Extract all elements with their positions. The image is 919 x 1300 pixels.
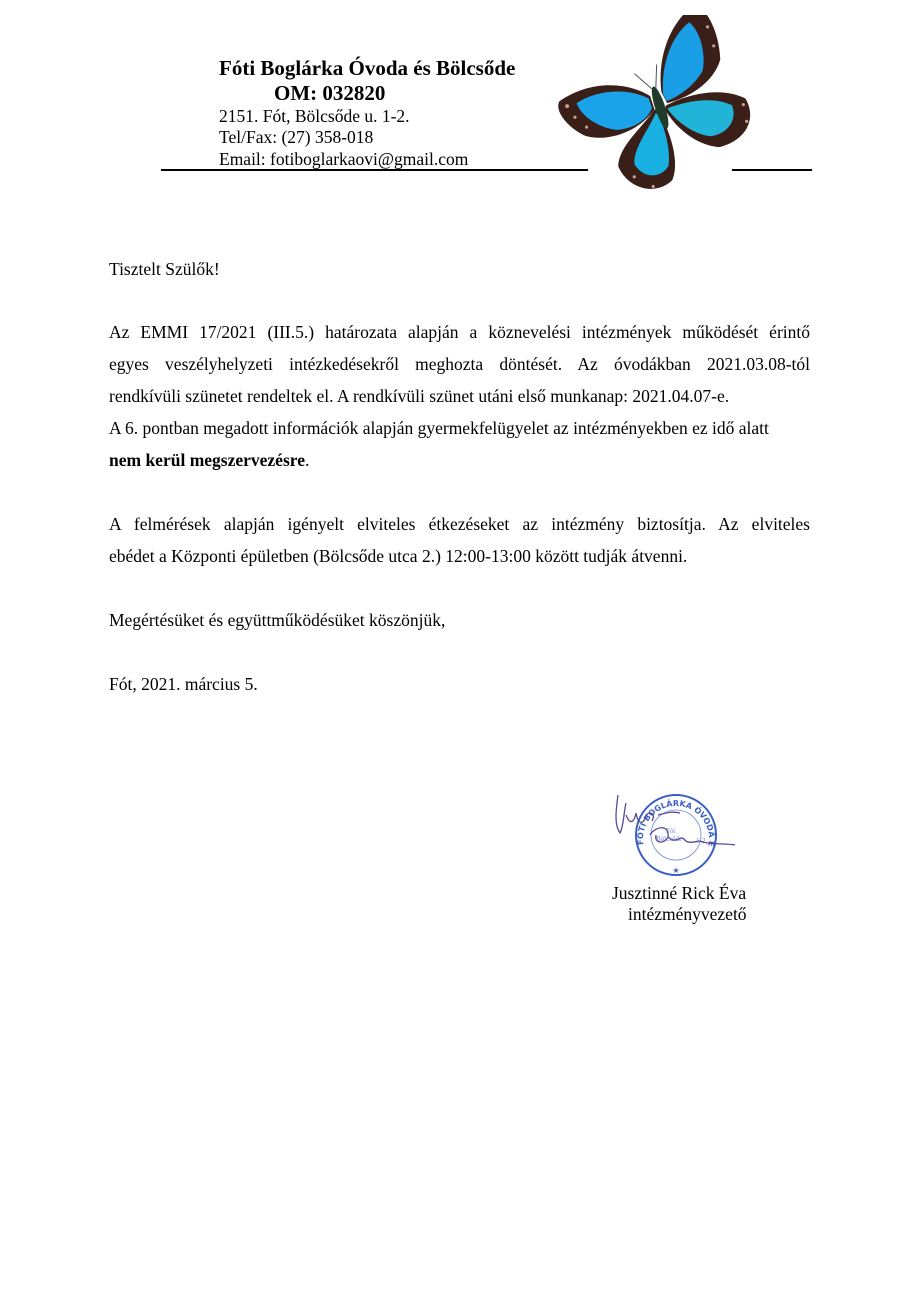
signer-title: intézményvezető: [628, 903, 747, 925]
address: 2151. Fót, Bölcsőde u. 1-2.: [219, 105, 410, 127]
butterfly-icon: [555, 15, 770, 195]
paragraph-line: ebédet a Központi épületben (Bölcsőde ut…: [109, 540, 810, 572]
phone: Tel/Fax: (27) 358-018: [219, 126, 373, 148]
paragraph-line: nem kerül megszervezésre.: [109, 444, 810, 476]
signature-block: FÓTI BOGLÁRKA ÓVODA ÉS BÖLCSŐDE ★ Fót Bö…: [600, 785, 770, 935]
svg-text:★: ★: [672, 866, 679, 875]
institution-name: Fóti Boglárka Óvoda és Bölcsőde: [219, 55, 515, 81]
emphasis-no-childcare: nem kerül megszervezésre: [109, 450, 305, 470]
date-line: Fót, 2021. március 5.: [109, 668, 810, 700]
paragraph-line: A 6. pontban megadott információk alapjá…: [109, 412, 810, 444]
paragraph-closure-notice: Az EMMI 17/2021 (III.5.) határozata alap…: [109, 316, 810, 476]
closing: Megértésüket és együttműködésüket köszön…: [109, 604, 810, 636]
paragraph-line: rendkívüli szünetet rendeltek el. A rend…: [109, 380, 810, 412]
om-number: OM: 032820: [274, 81, 385, 105]
paragraph-line: A felmérések alapján igényelt elviteles …: [109, 508, 810, 540]
stamp-icon: FÓTI BOGLÁRKA ÓVODA ÉS BÖLCSŐDE ★ Fót Bö…: [600, 785, 740, 885]
header-rule-left: [161, 169, 588, 171]
paragraph-line: Az EMMI 17/2021 (III.5.) határozata alap…: [109, 316, 810, 348]
letterhead: Fóti Boglárka Óvoda és Bölcsőde OM: 0328…: [0, 0, 919, 200]
email: Email: fotiboglarkaovi@gmail.com: [219, 148, 468, 170]
signer-name: Jusztinné Rick Éva: [612, 882, 746, 904]
salutation: Tisztelt Szülők!: [109, 253, 810, 285]
paragraph-meals: A felmérések alapján igényelt elviteles …: [109, 508, 810, 572]
paragraph-line: egyes veszélyhelyzeti intézkedésekről me…: [109, 348, 810, 380]
